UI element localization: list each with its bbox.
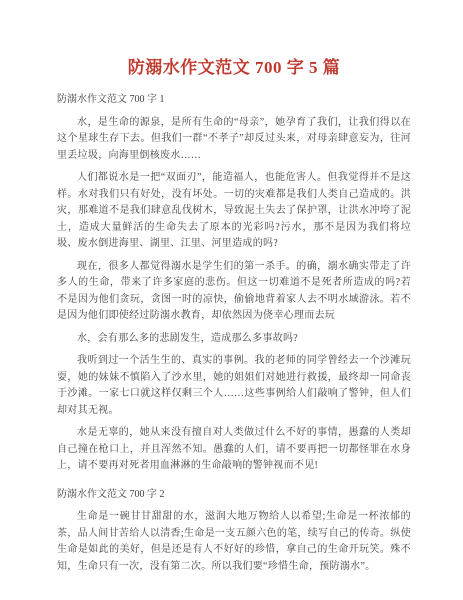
section-heading: 防溺水作文范文 700 字 1	[57, 92, 411, 109]
essay-section-1: 防溺水作文范文 700 字 1 水，是生命的源泉，是所有生命的“母亲”，她孕育了…	[57, 92, 411, 475]
paragraph: 生命是一碗甘甘甜甜的水，滋润大地万物给人以希望;生命是一杯浓郁的茶，品人间甘苦给…	[57, 509, 411, 575]
paragraph: 水，会有那么多的悲剧发生，造成那么多事故吗?	[57, 331, 411, 348]
essay-section-2: 防溺水作文范文 700 字 2 生命是一碗甘甘甜甜的水，滋润大地万物给人以希望;…	[57, 487, 411, 576]
paragraph: 我听到过一个活生生的、真实的事例。我的老师的同学曾经去一个沙滩玩耍，她的妹妹不慎…	[57, 353, 411, 419]
section-heading: 防溺水作文范文 700 字 2	[57, 487, 411, 504]
paragraph: 水，是生命的源泉，是所有生命的“母亲”，她孕育了我们，让我们得以在这个星球生存下…	[57, 115, 411, 165]
paragraph: 水是无辜的，她从来没有擅自对人类做过什么不好的事情，愚蠢的人类却自己撞在枪口上，…	[57, 425, 411, 475]
document-page: 防溺水作文范文 700 字 5 篇 防溺水作文范文 700 字 1 水，是生命的…	[0, 0, 463, 600]
page-title: 防溺水作文范文 700 字 5 篇	[57, 56, 411, 80]
paragraph: 现在，很多人都觉得溺水是学生们的第一杀手。的确，溺水确实带走了许多人的生命，带来…	[57, 259, 411, 325]
paragraph: 人们都说水是一把“双面刃”，能造福人，也能危害人。但我觉得并不是这样。水对我们只…	[57, 170, 411, 253]
